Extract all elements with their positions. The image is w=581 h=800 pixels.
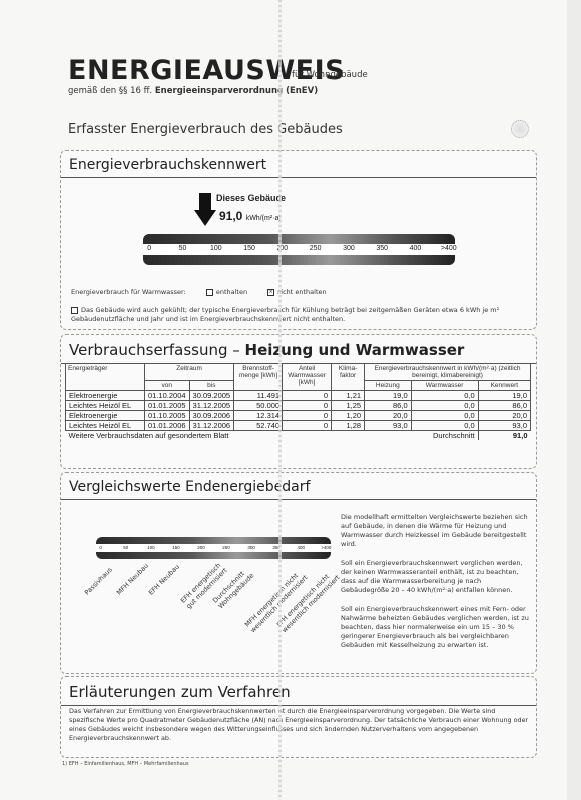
cell-traeger: Elektroenergie [66,411,145,421]
option-enthalten[interactable]: enthalten [206,288,247,296]
scale-tick: 0 [147,245,151,252]
energy-certificate-page: ENERGIEAUSWEIS für Wohngebäude gemäß den… [0,0,581,800]
kennwert-number: 91,0 [219,209,242,223]
cell-bis: 31.12.2006 [189,421,234,431]
warmwasser-label: Energieverbrauch für Warmwasser: [71,288,186,296]
cell-warmwasser: 0,0 [411,401,478,411]
cell-klima: 1,21 [332,391,365,401]
cell-heizung: 19,0 [365,391,412,401]
cell-bis: 31.12.2005 [189,401,234,411]
verbrauch-table: Energieträger Zeitraum Brennstoff-menge … [65,363,531,440]
comparison-scale-ticks: 050100150200250300350400>400 [96,544,331,552]
subtitle-prefix: gemäß den §§ 16 ff. [68,86,152,96]
th-kennwert-group: Energieverbrauchskennwert in kWh/(m²·a) … [365,364,531,381]
table-row: Leichtes Heizöl EL01.01.200531.12.200550… [66,401,531,411]
checkbox-nicht-enthalten[interactable]: × [267,289,274,296]
scale-tick: 250 [222,545,230,550]
cell-bis: 30.09.2005 [189,391,234,401]
table-row: Leichtes Heizöl EL01.01.200631.12.200652… [66,421,531,431]
th-kennwert: Kennwert [478,381,530,391]
kennwert-heading: Energieverbrauchskennwert [61,151,536,178]
cell-menge: 52.740 [234,421,283,431]
erlaeuterungen-heading: Erläuterungen zum Verfahren [61,677,536,706]
checkbox-cooling[interactable] [71,307,78,314]
scale-tick: >400 [441,245,457,252]
cell-klima: 1,25 [332,401,365,411]
scale-tick: >400 [321,545,331,550]
scan-fold-line [278,0,282,800]
cell-heizung: 86,0 [365,401,412,411]
vergleich-panel: Vergleichswerte Endenergiebedarf 0501001… [60,472,537,674]
scale-tick: 0 [99,545,102,550]
scale-tick: 100 [210,245,222,252]
cell-heizung: 20,0 [365,411,412,421]
cell-traeger: Leichtes Heizöl EL [66,421,145,431]
cell-warmwasser: 0,0 [411,411,478,421]
vergleich-heading: Vergleichswerte Endenergiebedarf [61,473,536,500]
document-title-suffix: für Wohngebäude [292,70,368,80]
scale-tick: 300 [343,245,355,252]
cell-anteil: 0 [283,421,332,431]
average-label: Durchschnitt [411,431,478,441]
comparison-scale-bar: 050100150200250300350400>400 [96,537,331,559]
scale-tick: 400 [410,245,422,252]
cell-bis: 30.09.2006 [189,411,234,421]
cell-anteil: 0 [283,401,332,411]
kennwert-panel: Energieverbrauchskennwert Dieses Gebäude… [60,150,537,330]
cell-heizung: 93,0 [365,421,412,431]
cell-menge: 11.491 [234,391,283,401]
cell-warmwasser: 0,0 [411,421,478,431]
scale-tick: 200 [197,545,205,550]
scale-tick: 50 [179,245,187,252]
option-nicht-enthalten[interactable]: ×nicht enthalten [267,288,326,296]
scale-tick: 300 [247,545,255,550]
kennwert-value: 91,0 kWh/(m²·a) [219,209,281,223]
note-3: Soll ein Energieverbrauchskennwert eines… [341,605,531,650]
subtitle-bold: Energieeinsparverordnung (EnEV) [155,86,318,96]
comparison-category: Passivhaus [83,566,114,597]
cell-klima: 1,20 [332,411,365,421]
th-von: von [145,381,190,391]
th-anteil: Anteil Warmwasser [kWh] [283,364,332,391]
footnote: 1) EFH – Einfamilienhaus, MFH – Mehrfami… [62,761,189,767]
average-value: 91,0 [478,431,530,441]
cell-klima: 1,28 [332,421,365,431]
cell-von: 01.01.2006 [145,421,190,431]
note-1: Die modellhaft ermittelten Vergleichswer… [341,513,531,549]
th-heizung: Heizung [365,381,412,391]
comparison-category: EFH Neubau [147,563,181,597]
cell-warmwasser: 0,0 [411,391,478,401]
note-2: Soll ein Energieverbrauchskennwert vergl… [341,559,531,595]
cell-menge: 50.000 [234,401,283,411]
scale-tick: 150 [172,545,180,550]
cell-anteil: 0 [283,391,332,401]
th-zeitraum: Zeitraum [145,364,234,381]
scale-tick: 350 [376,245,388,252]
cell-traeger: Elektroenergie [66,391,145,401]
th-traeger: Energieträger [66,364,145,391]
energy-scale-bar: 050100150200250300350400>400 [143,234,455,265]
cell-anteil: 0 [283,411,332,421]
scan-edge [567,0,581,800]
cell-kennwert: 19,0 [478,391,530,401]
th-klima: Klima-faktor [332,364,365,391]
checkbox-enthalten[interactable] [206,289,213,296]
cell-von: 01.10.2005 [145,411,190,421]
scale-tick: 50 [123,545,128,550]
section-heading: Erfasster Energieverbrauch des Gebäudes [68,122,343,137]
cell-menge: 12.314 [234,411,283,421]
erlaeuterungen-text: Das Verfahren zur Ermittlung von Energie… [69,707,529,743]
further-data-note: Weitere Verbrauchsdaten auf gesondertem … [66,431,412,441]
scale-tick: 100 [147,545,155,550]
scale-ticks: 050100150200250300350400>400 [143,244,455,255]
comparison-category: MFH Neubau [115,562,150,597]
cell-von: 01.10.2004 [145,391,190,401]
warmwasser-line: Energieverbrauch für Warmwasser: enthalt… [71,288,327,296]
cell-kennwert: 93,0 [478,421,530,431]
table-row: Elektroenergie01.10.200430.09.200511.491… [66,391,531,401]
table-row: Elektroenergie01.10.200530.09.200612.314… [66,411,531,421]
verbrauch-heading: Verbrauchserfassung – Heizung und Warmwa… [61,335,536,364]
seal-icon [511,120,529,138]
th-bis: bis [189,381,234,391]
cell-von: 01.01.2005 [145,401,190,411]
cell-traeger: Leichtes Heizöl EL [66,401,145,411]
erlaeuterungen-panel: Erläuterungen zum Verfahren Das Verfahre… [60,676,537,758]
cell-kennwert: 86,0 [478,401,530,411]
verbrauch-panel: Verbrauchserfassung – Heizung und Warmwa… [60,334,537,469]
scale-tick: 150 [243,245,255,252]
marker-label: Dieses Gebäude [216,193,286,203]
scale-tick: 400 [297,545,305,550]
cell-kennwert: 20,0 [478,411,530,421]
kennwert-unit: kWh/(m²·a) [246,215,281,222]
cooling-note: Das Gebäude wird auch gekühlt; der typis… [71,306,511,324]
th-warmwasser: Warmwasser [411,381,478,391]
th-brennstoff: Brennstoff-menge [kWh] [234,364,283,391]
scale-tick: 250 [310,245,322,252]
